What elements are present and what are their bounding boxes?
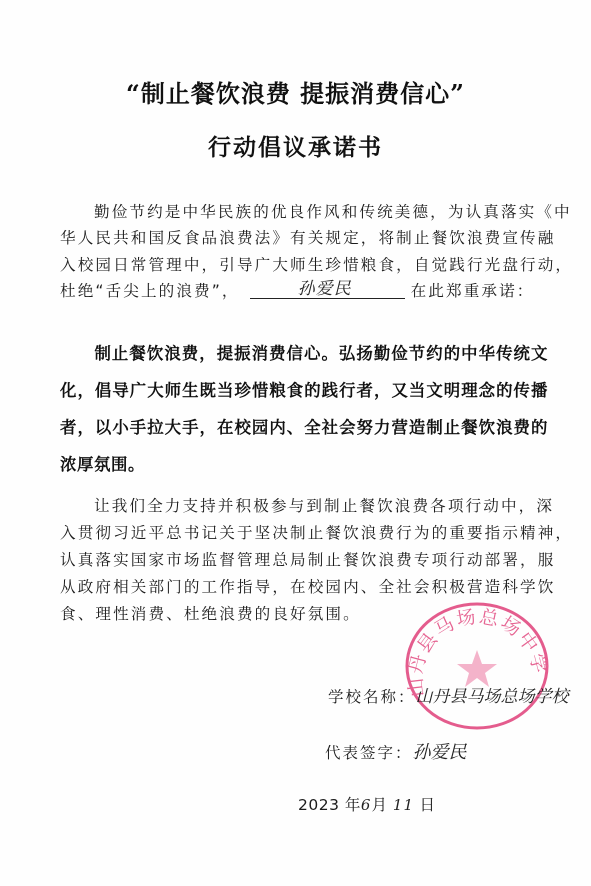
paragraph-line: 入贯彻习近平总书记关于坚决制止餐饮浪费行为的重要指示精神，	[60, 520, 548, 547]
school-name-handwritten: 山丹县马场总场学校	[416, 687, 569, 707]
date-year: 2023	[298, 796, 339, 814]
school-name-label: 学校名称：	[328, 688, 416, 706]
paragraph-line: 认真落实国家市场监督管理总局制止餐饮浪费专项行动部署，服	[60, 547, 548, 574]
paragraph-line: 从政府相关部门的工作指导，在校园内、全社会积极营造科学饮	[60, 574, 548, 601]
official-seal-icon: 山丹县马场总场中学	[402, 600, 552, 740]
paragraph-line: 入校园日常管理中，引导广大师生珍惜粮食，自觉践行光盘行动，	[60, 252, 548, 278]
date-row: 2023 年6月 11 日	[298, 793, 435, 815]
representative-label: 代表签字：	[325, 744, 413, 762]
document-subtitle: 行动倡议承诺书	[0, 129, 591, 162]
date-month: 6	[361, 796, 372, 814]
paragraph-line: 制止餐饮浪费，提振消费信心。弘扬勤俭节约的中华传统文	[60, 335, 548, 372]
paragraph-intro: 勤俭节约是中华民族的优良作风和传统美德，为认真落实《中 华人民共和国反食品浪费法…	[60, 199, 548, 304]
paragraph-line: 勤俭节约是中华民族的优良作风和传统美德，为认真落实《中	[60, 199, 548, 225]
paragraph-line: 化，倡导广大师生既当珍惜粮食的践行者，又当文明理念的传播	[60, 372, 548, 409]
document-title: “制止餐饮浪费 提振消费信心”	[0, 74, 591, 109]
paragraph-line: 让我们全力支持并积极参与到制止餐饮浪费各项行动中，深	[60, 493, 548, 520]
signature-blank: 孙爱民	[250, 280, 405, 299]
date-day: 11	[393, 796, 414, 814]
commitment-letter-page: “制止餐饮浪费 提振消费信心” 行动倡议承诺书 勤俭节约是中华民族的优良作风和传…	[0, 0, 591, 886]
date-day-unit: 日	[419, 796, 435, 814]
paragraph-line: 杜绝“舌尖上的浪费”，孙爱民在此郑重承诺：	[60, 278, 548, 304]
representative-signature: 孙爱民	[413, 742, 467, 763]
representative-signature-row: 代表签字：孙爱民	[325, 738, 467, 764]
paragraph-line: 者，以小手拉大手，在校园内、全社会努力营造制止餐饮浪费的	[60, 409, 548, 446]
date-month-unit: 月	[371, 796, 387, 814]
handwritten-signature: 孙爱民	[298, 276, 352, 302]
paragraph-line: 浓厚氛围。	[60, 446, 548, 483]
school-name-row: 学校名称：山丹县马场总场学校	[328, 682, 569, 707]
date-year-unit: 年	[345, 796, 361, 814]
paragraph-commitment: 制止餐饮浪费，提振消费信心。弘扬勤俭节约的中华传统文 化，倡导广大师生既当珍惜粮…	[60, 335, 548, 483]
paragraph-line: 华人民共和国反食品浪费法》有关规定，将制止餐饮浪费宣传融	[60, 225, 548, 251]
